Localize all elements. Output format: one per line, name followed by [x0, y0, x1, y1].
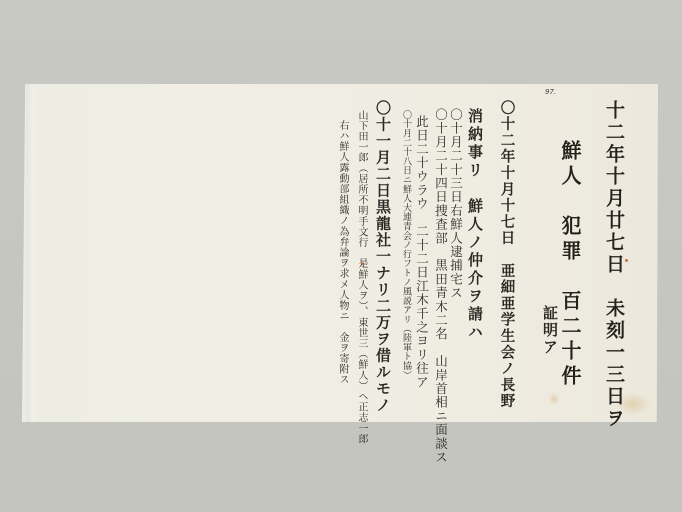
manuscript-column-entry-nov2: 〇十一月二日黒龍社一ナリ二万ヲ借ルモノ [375, 100, 390, 360]
manuscript-column-entry-this-day: 此日二十ウラウ 二十二日江木千之ヨリ往ア [415, 115, 428, 285]
manuscript-column-summary: 右ハ鮮人露動部組織ノ為弁論ヲ求メ人物ニ 金ヲ寄附ス [337, 120, 347, 420]
manuscript-column-entry-oct24: 〇十月二十四日捜査部 黒田青木二名 山岸首相ニ面談ス [434, 108, 447, 348]
folio-number: 97. [545, 88, 556, 96]
manuscript-column-entry-oct28: 〇十月二十八日ニ鮮人大連青会ノ行フトノ風説アリ（陸軍ト協） [401, 110, 410, 400]
manuscript-column-certification: 証明ア [542, 305, 557, 375]
paper-stain [548, 392, 560, 406]
manuscript-column-names: 山下田一郎（居所不明手文行 是鮮人ヲ）、東世三（鮮人）ヘ正志一郎 [356, 110, 366, 405]
manuscript-column-date-heading: 十二年十月廿七日 未刻一三日ヲ [604, 100, 623, 340]
manuscript-column-entry-mediation: 消納事リ 鮮人ノ仲介ヲ請ハ [467, 108, 482, 368]
red-ink-mark [361, 262, 364, 265]
manuscript-column-crime-count: 鮮人 犯罪 百二十件 [560, 140, 580, 340]
manuscript-column-entry-oct23: 〇十月二十三日右鮮人逮捕宅ス [449, 108, 462, 278]
paper-left-fold [26, 84, 40, 422]
red-ink-mark [625, 259, 628, 262]
manuscript-column-entry-oct17: 〇十二年十月十七日 亜細亜学生会ノ長野 [499, 100, 514, 390]
